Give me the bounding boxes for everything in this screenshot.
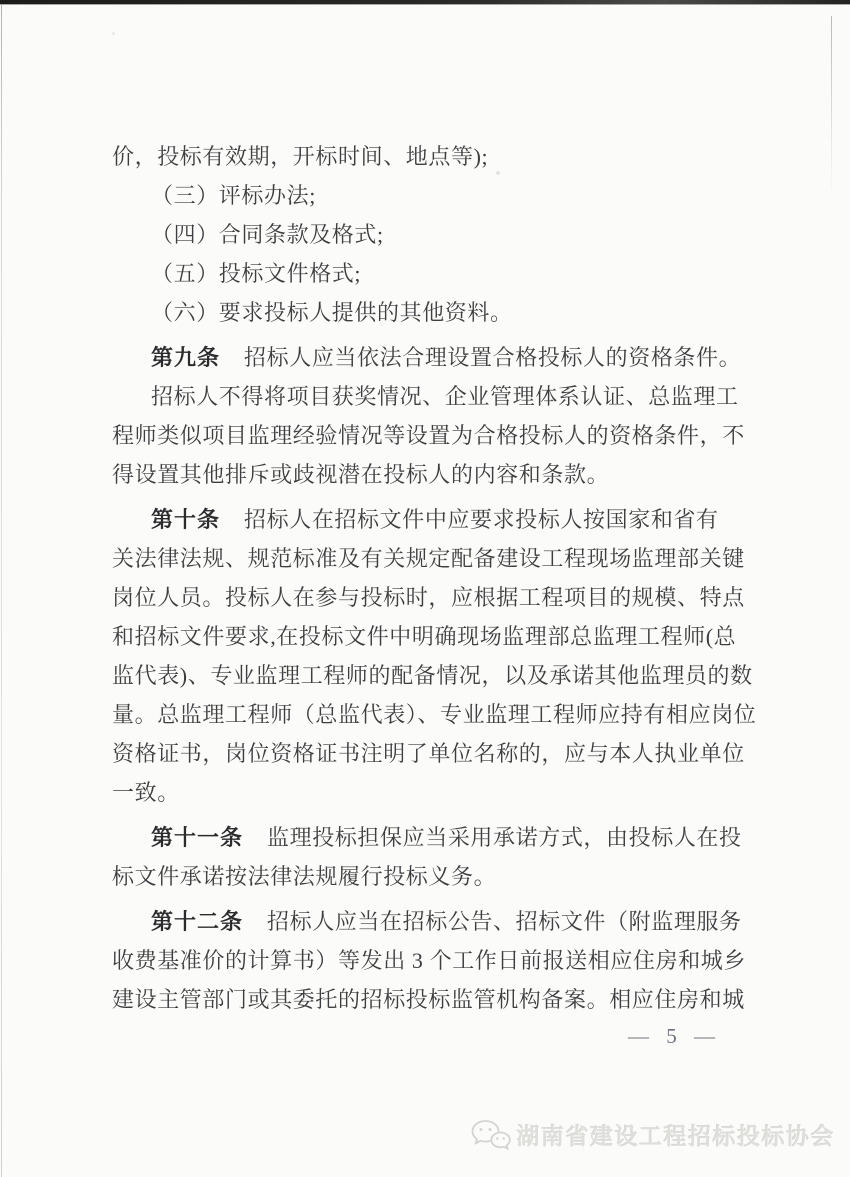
doc-line: 一致。 bbox=[112, 773, 760, 812]
line-text: （五）投标文件格式; bbox=[151, 261, 361, 286]
footer-org-name: 湖南省建设工程招标投标协会 bbox=[517, 1118, 836, 1151]
doc-line: 第九条招标人应当依法合理设置合格投标人的资格条件。 bbox=[112, 338, 760, 377]
line-text: 招标人应当依法合理设置合格投标人的资格条件。 bbox=[244, 345, 741, 370]
doc-line: 岗位人员。投标人在参与投标时，应根据工程项目的规模、特点 bbox=[112, 578, 760, 617]
doc-line: 和招标文件要求,在投标文件中明确现场监理部总监理工程师(总 bbox=[112, 617, 760, 656]
scan-left-edge bbox=[1, 5, 2, 1177]
doc-line: （四）合同条款及格式; bbox=[112, 215, 760, 254]
line-text: 监理投标担保应当采用承诺方式，由投标人在投 bbox=[267, 825, 742, 850]
line-text: 量。总监理工程师（总监代表）、专业监理工程师应持有相应岗位 bbox=[112, 702, 756, 727]
line-text: （三）评标办法; bbox=[151, 183, 316, 208]
scan-top-edge bbox=[0, 0, 850, 5]
line-text: 资格证书，岗位资格证书注明了单位名称的，应与本人执业单位 bbox=[112, 741, 745, 766]
line-text: 得设置其他排斥或歧视潜在投标人的内容和条款。 bbox=[112, 462, 609, 487]
scan-right-edge bbox=[831, 16, 832, 196]
doc-line: 第十一条监理投标担保应当采用承诺方式，由投标人在投 bbox=[112, 818, 760, 857]
doc-line: 量。总监理工程师（总监代表）、专业监理工程师应持有相应岗位 bbox=[112, 695, 760, 734]
scan-noise-speck bbox=[112, 32, 115, 35]
line-text: 收费基准价的计算书）等发出 3 个工作日前报送相应住房和城乡 bbox=[112, 948, 746, 973]
doc-line: 关法律法规、规范标准及有关规定配备建设工程现场监理部关键 bbox=[112, 539, 760, 578]
doc-line: 标文件承诺按法律法规履行投标义务。 bbox=[112, 857, 760, 896]
line-text: 一致。 bbox=[112, 780, 180, 805]
doc-line: （五）投标文件格式; bbox=[112, 254, 760, 293]
page-number: — 5 — bbox=[628, 1024, 718, 1049]
doc-line: 程师类似项目监理经验情况等设置为合格投标人的资格条件，不 bbox=[112, 416, 760, 455]
line-text: 和招标文件要求,在投标文件中明确现场监理部总监理工程师(总 bbox=[112, 624, 736, 649]
doc-line: 第十条招标人在招标文件中应要求投标人按国家和省有 bbox=[112, 500, 760, 539]
line-text: 监代表)、专业监理工程师的配备情况，以及承诺其他监理员的数 bbox=[112, 663, 753, 688]
doc-line: 资格证书，岗位资格证书注明了单位名称的，应与本人执业单位 bbox=[112, 734, 760, 773]
line-text: 招标人应当在招标公告、招标文件（附监理服务 bbox=[267, 909, 742, 934]
doc-line: （三）评标办法; bbox=[112, 176, 760, 215]
doc-line: 收费基准价的计算书）等发出 3 个工作日前报送相应住房和城乡 bbox=[112, 941, 760, 980]
wechat-icon bbox=[471, 1119, 511, 1151]
line-text: 招标人在招标文件中应要求投标人按国家和省有 bbox=[244, 507, 719, 532]
article-number: 第十一条 bbox=[151, 825, 243, 850]
doc-line: 建设主管部门或其委托的招标投标监管机构备案。相应住房和城 bbox=[112, 980, 760, 1019]
line-text: 关法律法规、规范标准及有关规定配备建设工程现场监理部关键 bbox=[112, 546, 745, 571]
footer-watermark: 湖南省建设工程招标投标协会 bbox=[471, 1118, 836, 1151]
line-text: 岗位人员。投标人在参与投标时，应根据工程项目的规模、特点 bbox=[112, 585, 745, 610]
line-text: 价，投标有效期，开标时间、地点等); bbox=[112, 144, 488, 169]
line-text: （四）合同条款及格式; bbox=[151, 222, 384, 247]
line-text: 招标人不得将项目获奖情况、企业管理体系认证、总监理工 bbox=[151, 384, 739, 409]
line-text: （六）要求投标人提供的其他资料。 bbox=[151, 300, 513, 325]
article-number: 第九条 bbox=[151, 345, 220, 370]
doc-line: 第十二条招标人应当在招标公告、招标文件（附监理服务 bbox=[112, 902, 760, 941]
line-text: 建设主管部门或其委托的招标投标监管机构备案。相应住房和城 bbox=[112, 987, 745, 1012]
article-number: 第十条 bbox=[151, 507, 220, 532]
doc-line: 价，投标有效期，开标时间、地点等); bbox=[112, 137, 760, 176]
document-body: 价，投标有效期，开标时间、地点等); （三）评标办法; （四）合同条款及格式; … bbox=[112, 137, 760, 1019]
article-number: 第十二条 bbox=[151, 909, 243, 934]
doc-line: 招标人不得将项目获奖情况、企业管理体系认证、总监理工 bbox=[112, 377, 760, 416]
line-text: 标文件承诺按法律法规履行投标义务。 bbox=[112, 864, 496, 889]
doc-line: 监代表)、专业监理工程师的配备情况，以及承诺其他监理员的数 bbox=[112, 656, 760, 695]
doc-line: （六）要求投标人提供的其他资料。 bbox=[112, 293, 760, 332]
doc-line: 得设置其他排斥或歧视潜在投标人的内容和条款。 bbox=[112, 455, 760, 494]
line-text: 程师类似项目监理经验情况等设置为合格投标人的资格条件，不 bbox=[112, 423, 745, 448]
